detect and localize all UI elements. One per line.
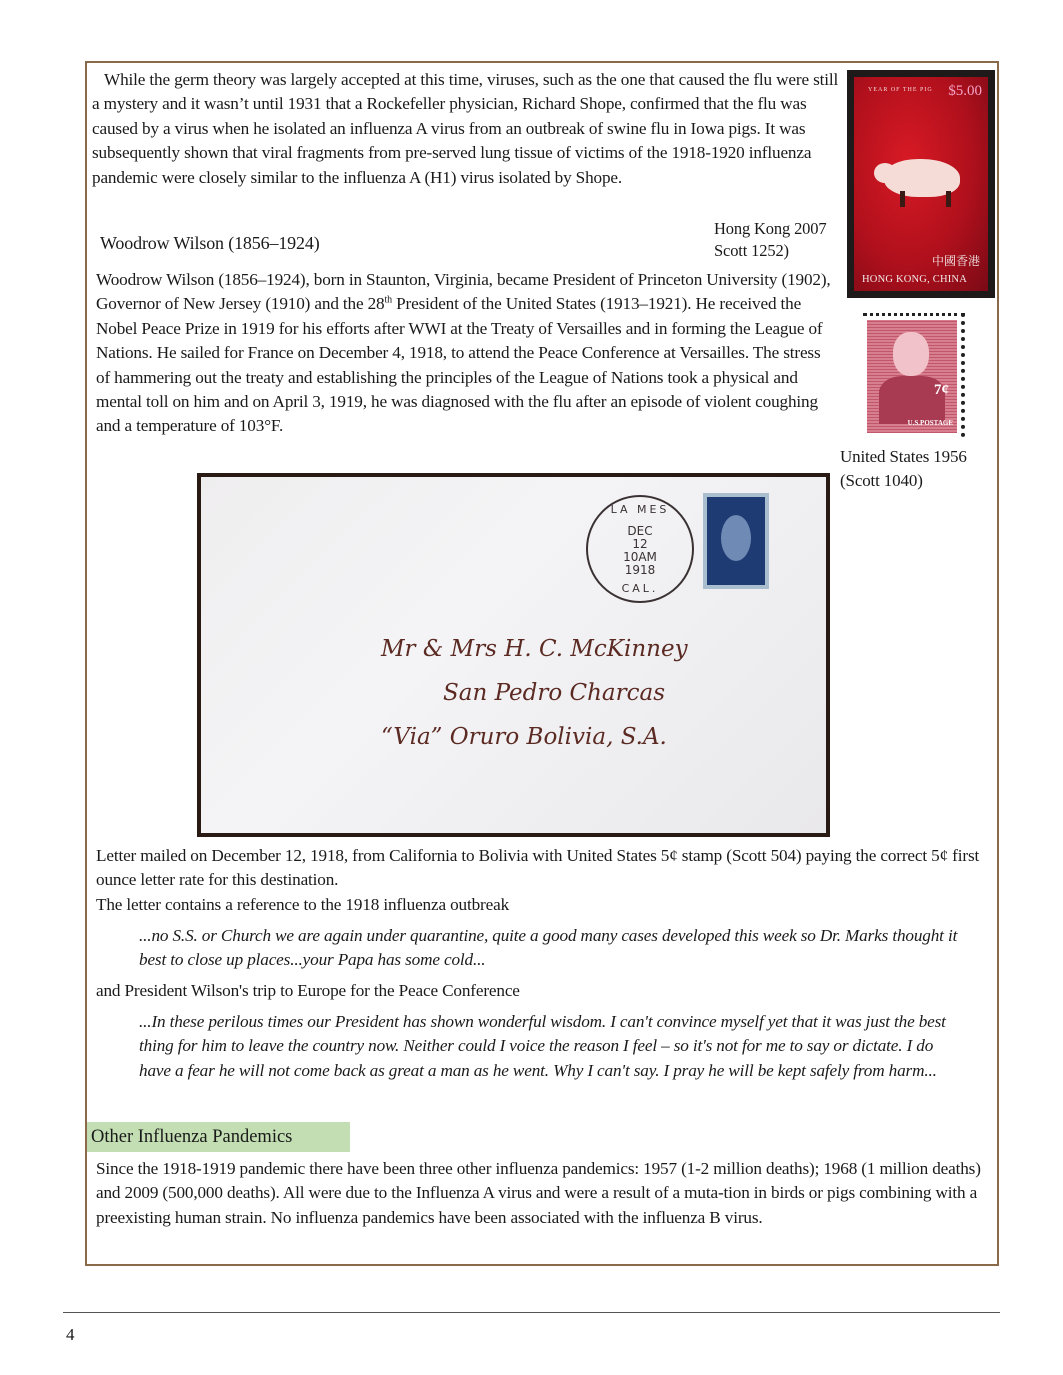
cover-caption: Letter mailed on December 12, 1918, from… — [96, 844, 996, 917]
stamp-year-label: YEAR OF THE PIG — [868, 87, 933, 93]
portrait-face-shape — [893, 332, 929, 376]
caption-text: Letter mailed on December 12, 1918, from… — [96, 844, 996, 893]
letter-quote-quarantine: ...no S.S. or Church we are again under … — [139, 924, 959, 973]
pandemics-heading: Other Influenza Pandemics — [87, 1122, 350, 1152]
stamp-value: $5.00 — [948, 83, 982, 100]
washington-5c-stamp-image — [703, 493, 769, 589]
us-stamp-caption: United States 1956 (Scott 1040) — [840, 445, 967, 493]
postmark-state: CAL. — [588, 582, 692, 595]
caption-line: (Scott 1040) — [840, 469, 967, 493]
caption-line: Hong Kong 2007 — [714, 218, 826, 240]
pig-leg — [900, 191, 905, 207]
stamp-label: U.S.POSTAGE — [908, 419, 953, 427]
caption-line: Scott 1252) — [714, 240, 826, 262]
postmark-year: 1918 — [588, 564, 692, 577]
postmark-cancel: LA MES DEC 12 10AM 1918 CAL. — [586, 495, 694, 603]
wilson-trip-intro: and President Wilson's trip to Europe fo… — [96, 979, 520, 1003]
wilson-text-b: President of the United States (1913–192… — [96, 294, 822, 435]
stamp-value: 7¢ — [934, 382, 949, 399]
stamp-country: HONG KONG, CHINA — [862, 274, 967, 285]
address-line: Mr & Mrs H. C. McKinney — [381, 627, 688, 671]
hong-kong-pig-stamp-image: YEAR OF THE PIG $5.00 中國香港 HONG KONG, CH… — [847, 70, 995, 298]
caption-text: The letter contains a reference to the 1… — [96, 893, 996, 917]
wilson-paragraph: Woodrow Wilson (1856–1924), born in Stau… — [96, 268, 836, 439]
pig-leg — [946, 191, 951, 207]
intro-paragraph: While the germ theory was largely accept… — [92, 68, 844, 190]
address-line: “Via” Oruro Bolivia, S.A. — [381, 715, 688, 759]
handwritten-address: Mr & Mrs H. C. McKinney San Pedro Charca… — [381, 627, 688, 759]
page-number: 4 — [66, 1325, 75, 1345]
address-line: San Pedro Charcas — [381, 671, 688, 715]
postmark-date: DEC 12 10AM 1918 — [588, 525, 692, 577]
postmark-town: LA MES — [588, 503, 692, 516]
envelope-cover-image: LA MES DEC 12 10AM 1918 CAL. Mr & Mrs H.… — [197, 473, 830, 837]
footer-divider — [63, 1312, 1000, 1313]
us-wilson-stamp-image: 7¢ U.S.POSTAGE — [863, 313, 965, 437]
ordinal-suffix: th — [385, 295, 392, 306]
hong-kong-stamp-caption: Hong Kong 2007 Scott 1252) — [714, 218, 826, 262]
letter-quote-president: ...In these perilous times our President… — [139, 1010, 959, 1083]
wilson-heading: Woodrow Wilson (1856–1924) — [100, 231, 320, 255]
pig-head-shape — [874, 163, 896, 183]
washington-portrait-shape — [721, 515, 751, 561]
caption-line: United States 1956 — [840, 445, 967, 469]
pandemics-paragraph: Since the 1918-1919 pandemic there have … — [96, 1157, 986, 1230]
stamp-chinese-text: 中國香港 — [932, 252, 980, 269]
intro-text: While the germ theory was largely accept… — [92, 70, 838, 187]
